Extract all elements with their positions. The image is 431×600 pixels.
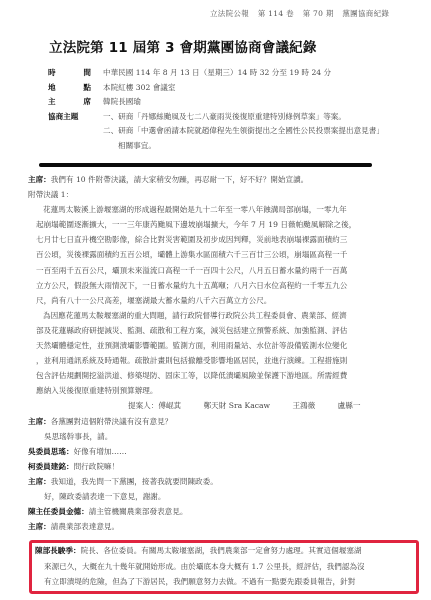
meta-chair-row: 主席 韓院長國瑜 (48, 95, 384, 110)
speaker-label: 陳部長駿季： (35, 546, 81, 555)
resolution-paragraph-1-line: 起崩塌範圍逐漸擴大，一一三年康芮颱風下邊坡崩塌擴大，今年 7 月 19 日薇帕颱… (28, 217, 420, 232)
meeting-metadata: 時間 中華民國 114 年 8 月 13 日（星期三）14 時 32 分至 19… (48, 66, 384, 153)
transcript-line: 主席：我們有 10 件附帶決議，請大家稍安勿躁，再忍耐一下，好不好？開始宣讀。 (28, 172, 420, 187)
resolution-paragraph-2-line: 部及花蓮縣政府研提減災、監測、疏散和工程方案，減災包括建立預警系統、加強監測、評… (28, 323, 420, 338)
resolution-paragraph-2-line: 為因應花蓮馬太鞍堰塞湖的重大問題，請行政院督導行政院公共工程委員會、農業部、經濟 (28, 308, 420, 323)
transcript-line: 吳思瑤幹事長，請。 (28, 429, 420, 444)
publication-name: 立法院公報 (210, 9, 249, 18)
transcript-line: 吳委員思瑤：好像有增加…… (28, 444, 420, 459)
resolution-paragraph-2-line: 天然壩體穩定性，並預測潰壩影響範圍。監測方面，利用雨量站、水位計等設備監測水位變… (28, 338, 420, 353)
meta-place-row: 地點 本院紅樓 302 會議室 (48, 81, 384, 96)
meta-chair-label: 主席 (48, 95, 103, 110)
resolution-heading: 附帶決議 1： (28, 187, 420, 202)
speech-text: 好像有增加…… (74, 447, 127, 456)
transcript-line: 主席：我知道，我先問一下黨團，接著我就要問陳政委。 (28, 474, 420, 489)
proposers-line: 提案人：傅崐萁 鄭天財 Sra Kacaw 王鴻薇 盧縣一 (28, 398, 420, 413)
meta-place-label: 地點 (48, 81, 103, 96)
running-header: 立法院公報 第 114 卷 第 70 期 黨團協商紀錄 (210, 8, 395, 19)
document-title: 立法院第 11 屆第 3 會期黨團協商會議紀錄 (49, 36, 317, 56)
resolution-paragraph-1-line: 立方公尺，假設無大雨情況下，一日蓄水量約九十五萬噸；八月六日水位高程約一千零五九… (28, 278, 420, 293)
transcript-line: 陳主任委員金德：請主管機關農業部發表意見。 (28, 504, 420, 519)
speaker-label: 陳主任委員金德： (28, 507, 89, 516)
meta-topic-2-cont: 相關事宜。 (48, 139, 384, 154)
highlighted-line: 來源已久，大概在九十幾年就開始形成。由於壩底本身大概有 1.7 公里長，經評估，… (35, 559, 420, 575)
speech-text: 請主管機關農業部發表意見。 (89, 507, 188, 516)
transcript-line: 主席：各黨團對這個附帶決議有沒有意見？ (28, 414, 420, 429)
resolution-paragraph-1-line: 花蓮馬太鞍溪上游堰塞湖的形成過程最開始是九十二年至一零八年蝕溝局部崩塌，一零九年 (28, 202, 420, 217)
highlighted-statement: 陳部長駿季：院長、各位委員。有關馬太鞍堰塞湖，我們農業部一定會努力處理。其實這個… (35, 543, 420, 590)
section-divider (39, 163, 372, 167)
meta-time-value: 中華民國 114 年 8 月 13 日（星期三）14 時 32 分至 19 時 … (103, 66, 331, 81)
speaker-label: 柯委員建銘： (28, 462, 74, 471)
speaker-label: 主席： (28, 477, 51, 486)
section-name: 黨團協商紀錄 (342, 9, 389, 18)
issue-number: 第 70 期 (303, 9, 334, 18)
speech-text: 各黨團對這個附帶決議有沒有意見？ (51, 417, 173, 426)
transcript-line: 柯委員建銘：問行政院嘛！ (28, 459, 420, 474)
speaker-label: 主席： (28, 417, 51, 426)
resolution-paragraph-2-line: ，並利用通訊系統及時通報。疏散計畫則包括撤離受影響地區居民，並進行演練。工程措施… (28, 353, 420, 368)
proposer: 鄭天財 Sra Kacaw (204, 401, 270, 410)
resolution-paragraph-2-line: 應納入災後復原重建特別預算辦理。 (28, 383, 420, 398)
meta-place-value: 本院紅樓 302 會議室 (103, 81, 175, 96)
speech-text: 請農業部表達意見。 (51, 522, 119, 531)
meta-topics-row: 協商主題 一、研商「丹娜絲颱風及七二八豪雨災後復原重建特別條例草案」等案。 (48, 110, 384, 125)
proposer: 盧縣一 (338, 401, 361, 410)
meta-time-label: 時間 (48, 66, 103, 81)
meta-topics-label: 協商主題 (48, 110, 103, 125)
meta-chair-value: 韓院長國瑜 (103, 95, 141, 110)
highlighted-line: 有立即潰堤的危險，但為了下游居民，我們願意努力去做。不過有一點要先跟委員報告，針… (35, 574, 420, 590)
resolution-paragraph-1-line: 百公頃，災後裸露面積約五百公頃，壩體上游集水區面積六千三百廿三公頃，崩塌區高程一… (28, 247, 420, 262)
speaker-label: 吳委員思瑤： (28, 447, 74, 456)
meta-time-row: 時間 中華民國 114 年 8 月 13 日（星期三）14 時 32 分至 19… (48, 66, 384, 81)
meta-topic-1: 一、研商「丹娜絲颱風及七二八豪雨災後復原重建特別條例草案」等案。 (103, 110, 346, 125)
resolution-paragraph-1-line: 尺，尚有八十一公尺高差，堰塞湖最大蓄水量約八千六百萬立方公尺。 (28, 293, 420, 308)
resolution-paragraph-1-line: 一百至兩千五百公尺，壩頂未來溢流口高程一千一百四十公尺，八月五日蓄水量約兩千一百… (28, 263, 420, 278)
speech-text: 問行政院嘛！ (74, 462, 120, 471)
speech-text: 我知道，我先問一下黨團，接著我就要問陳政委。 (51, 477, 218, 486)
resolution-paragraph-1-line: 七月廿七日直升機空勘影像，綜合比對災害範圍及初步成因判釋，災前地表崩塌裸露面積約… (28, 232, 420, 247)
speech-text: 院長、各位委員。有關馬太鞍堰塞湖，我們農業部一定會努力處理。其實這個堰塞湖 (81, 546, 362, 555)
proposer-lead: 提案人：傅崐萁 (128, 401, 181, 410)
highlighted-line: 陳部長駿季：院長、各位委員。有關馬太鞍堰塞湖，我們農業部一定會努力處理。其實這個… (35, 543, 420, 559)
meta-topic-2: 二、研商「中選會函請本院就趙偉程先生領銜提出之全國性公民投票案提出意見書」 (48, 124, 384, 139)
speech-text: 我們有 10 件附帶決議，請大家稍安勿躁，再忍耐一下，好不好？開始宣讀。 (51, 175, 309, 184)
transcript-line: 主席：請農業部表達意見。 (28, 519, 420, 534)
resolution-paragraph-2-line: 包含評估規劃開挖溢洪道、修築堤防、固床工等，以降低潰壩風險並保護下游地區。所需經… (28, 368, 420, 383)
transcript-body: 主席：我們有 10 件附帶決議，請大家稍安勿躁，再忍耐一下，好不好？開始宣讀。 … (28, 172, 420, 534)
proposer: 王鴻薇 (292, 401, 315, 410)
speaker-label: 主席： (28, 522, 51, 531)
speaker-label: 主席： (28, 175, 51, 184)
volume-number: 第 114 卷 (258, 9, 294, 18)
transcript-line: 好，陳政委請表達一下意見，謝謝。 (28, 489, 420, 504)
